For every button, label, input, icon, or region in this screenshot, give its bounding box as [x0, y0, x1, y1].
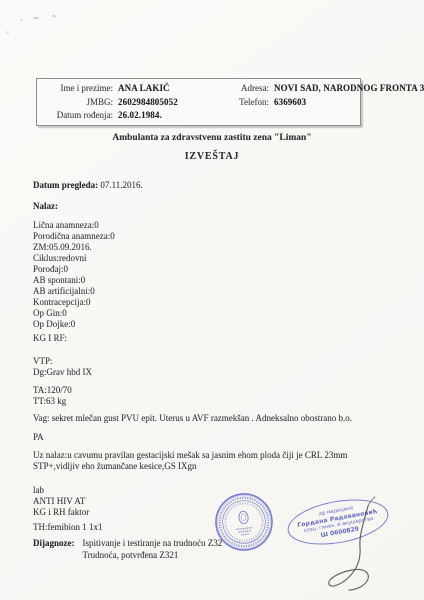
- pencil-smudge: [33, 17, 39, 19]
- patient-row-1: Ime i prezime: ANA LAKIĆ Adresa: NOVI SA…: [41, 82, 354, 96]
- report-body: Datum pregleda: 07.11.2016. Nalaz: Lična…: [33, 180, 413, 561]
- anamnesis-line: Ciklus:redovni: [33, 253, 413, 264]
- anamnesis-line: Porodična anamneza:0: [33, 231, 413, 242]
- ultrasound-line-2: STP+,vidljiv eho žumančane kesice,GS IXg…: [33, 461, 413, 472]
- exam-date-line: Datum pregleda: 07.11.2016.: [33, 180, 413, 191]
- dg-line: Dg:Grav hbd IX: [33, 367, 413, 378]
- anamnesis-line: Kontracepcija:0: [33, 297, 413, 308]
- vaginal-finding-line: Vag: sekret mlečan gust PVU epit. Uterus…: [33, 413, 413, 424]
- anamnesis-line: Op Dojke:0: [33, 319, 413, 330]
- anamnesis-line: Porođaj:0: [33, 264, 413, 275]
- anamnesis-line: ZM:05.09.2016.: [33, 242, 413, 253]
- patient-address-label: Adresa:: [225, 82, 269, 96]
- patient-row-3: Datum rođenja: 26.02.1984.: [41, 109, 354, 123]
- clinic-name: Ambulanta za zdravstvenu zastitu zena "L…: [0, 133, 424, 143]
- diagnoses-label: Dijagnoze:: [33, 538, 75, 549]
- patient-address-value: NOVI SAD, NARODNOG FRONTA 31: [274, 82, 424, 96]
- report-title: IZVEŠTAJ: [0, 151, 424, 162]
- diagnoses-block: Dijagnoze: Ispitivanje i testiranje na t…: [33, 538, 413, 561]
- exam-date-value: 07.11.2016.: [100, 180, 142, 190]
- lab-item: ANTI HIV AT: [33, 496, 413, 507]
- patient-name-label: Ime i prezime:: [41, 82, 113, 96]
- anamnesis-line: AB artificijalni:0: [33, 286, 413, 297]
- patient-phone-label: Telefon:: [225, 96, 269, 110]
- patient-birthdate-value: 26.02.1984.: [118, 109, 220, 123]
- diagnoses-list: Ispitivanje i testiranje na trudnoću Z32…: [83, 538, 223, 561]
- kg-rf-line: KG I RF:: [33, 333, 413, 344]
- patient-jmbg-value: 2602984805052: [118, 96, 220, 110]
- diagnosis-item: Trudnoća, potvrđena Z321: [83, 550, 223, 562]
- pencil-smudge: [20, 19, 23, 21]
- patient-birthdate-label: Datum rođenja:: [41, 109, 113, 123]
- anamnesis-line: AB spontani:0: [33, 275, 413, 286]
- findings-label: Nalaz:: [33, 201, 413, 212]
- patient-info-box: Ime i prezime: ANA LAKIĆ Adresa: NOVI SA…: [36, 78, 361, 126]
- scanned-medical-report: Ime i prezime: ANA LAKIĆ Adresa: NOVI SA…: [0, 0, 424, 600]
- vtp-line: VTP:: [33, 356, 413, 367]
- patient-jmbg-label: JMBG:: [41, 96, 113, 110]
- ultrasound-line-1: Uz nalaz:u cavumu pravilan gestacijski m…: [33, 450, 413, 461]
- anamnesis-line: Lična anamneza:0: [33, 220, 413, 231]
- patient-row-2: JMBG: 2602984805052 Telefon: 6369603: [41, 96, 354, 110]
- patient-name-value: ANA LAKIĆ: [118, 82, 220, 96]
- anamnesis-block: Lična anamneza:0 Porodična anamneza:0 ZM…: [33, 220, 413, 330]
- pencil-smudge: [52, 15, 56, 17]
- weight-line: TT:63 kg: [33, 396, 413, 407]
- patient-phone-value: 6369603: [274, 96, 354, 110]
- therapy-line: TH:femibion 1 1x1: [33, 522, 413, 533]
- exam-date-label: Datum pregleda:: [33, 180, 98, 190]
- pa-line: PA: [33, 432, 413, 443]
- diagnosis-item: Ispitivanje i testiranje na trudnoću Z32: [83, 538, 223, 550]
- lab-item: KG i RH faktor: [33, 507, 413, 518]
- anamnesis-line: Op Gin:0: [33, 308, 413, 319]
- pencil-smudge: [6, 31, 9, 34]
- blood-pressure-line: TA:120/70: [33, 385, 413, 396]
- lab-label: lab: [33, 485, 413, 496]
